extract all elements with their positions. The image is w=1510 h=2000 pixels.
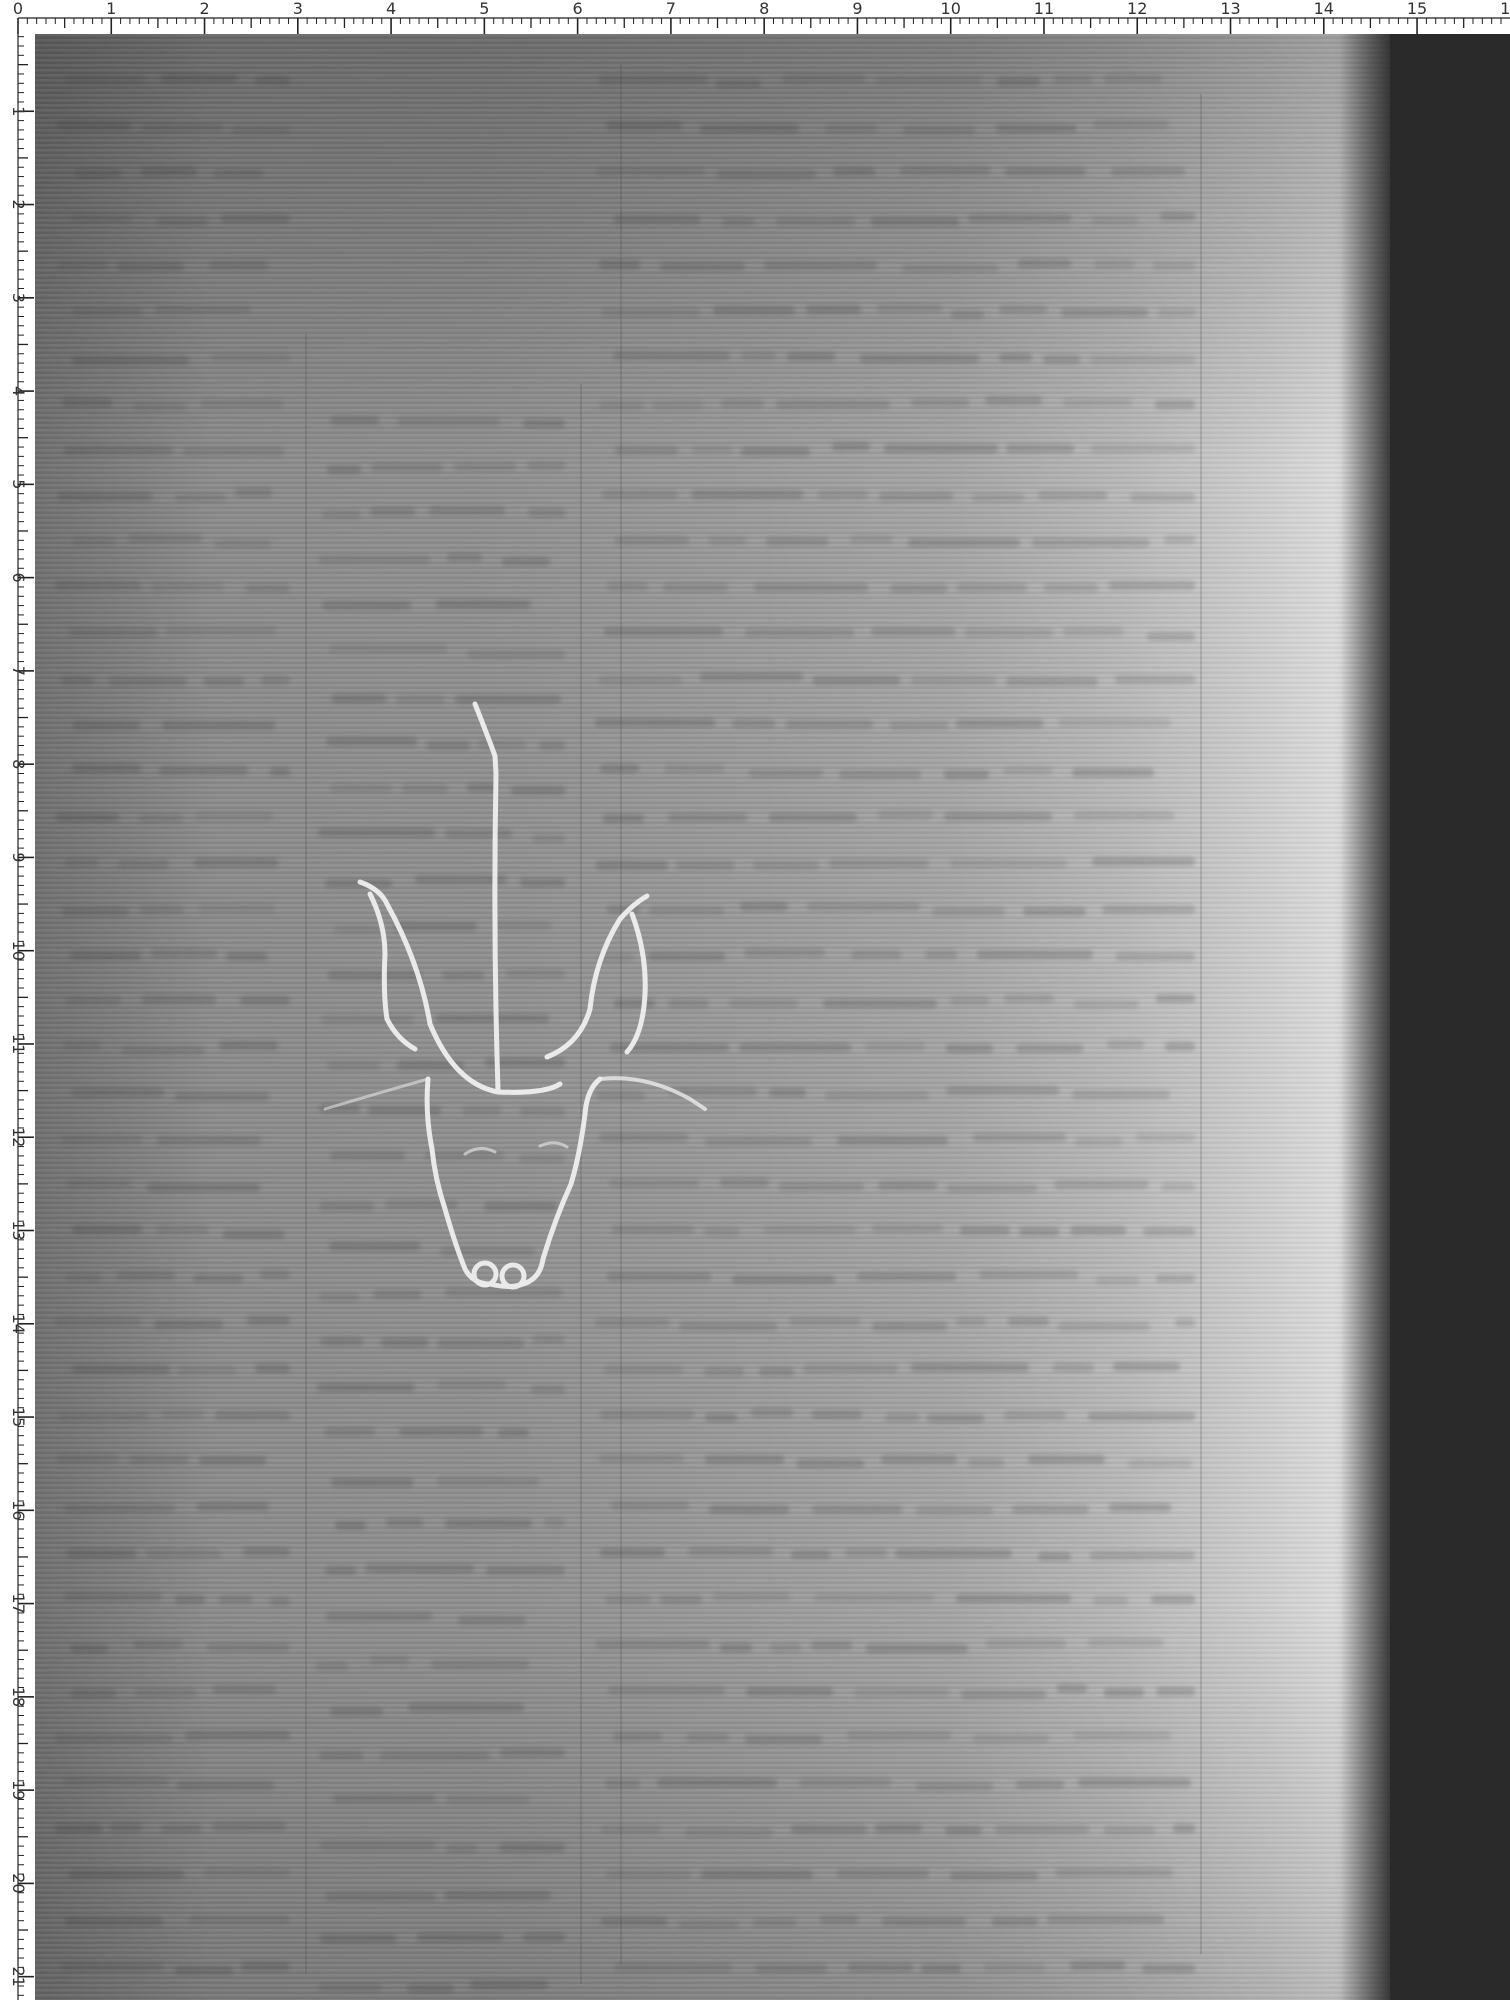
left-ruler-label: 21 xyxy=(9,1966,28,1986)
scanner-shadow-band xyxy=(1390,34,1510,2000)
left-ruler-label: 10 xyxy=(9,941,28,961)
left-ruler-label: 6 xyxy=(9,573,28,583)
top-ruler-label: 16 xyxy=(1500,0,1510,18)
left-ruler-label: 3 xyxy=(9,293,28,303)
left-ruler-label: 11 xyxy=(9,1034,28,1054)
left-ruler-label: 14 xyxy=(9,1314,28,1334)
top-ruler-label: 15 xyxy=(1407,0,1427,18)
left-ruler-label: 20 xyxy=(9,1873,28,1893)
bull-head-watermark xyxy=(35,34,1510,2000)
top-ruler-label: 3 xyxy=(293,0,303,18)
rod-line xyxy=(475,704,498,1090)
top-ruler-label: 13 xyxy=(1220,0,1240,18)
left-ruler-label: 15 xyxy=(9,1407,28,1427)
left-ruler-label: 12 xyxy=(9,1127,28,1147)
left-ruler-label: 19 xyxy=(9,1780,28,1800)
left-ruler-label: 4 xyxy=(9,386,28,396)
left-ruler-label: 2 xyxy=(9,199,28,209)
left-ruler-label: 18 xyxy=(9,1687,28,1707)
top-ruler-label: 14 xyxy=(1314,0,1334,18)
top-ruler-label: 8 xyxy=(759,0,769,18)
top-ruler-label: 7 xyxy=(666,0,676,18)
left-ruler-label: 7 xyxy=(9,666,28,676)
top-ruler-label: 5 xyxy=(479,0,489,18)
top-ruler-label: 0 xyxy=(13,0,23,18)
top-ruler-label: 12 xyxy=(1127,0,1147,18)
top-ruler-label: 2 xyxy=(199,0,209,18)
top-ruler-label: 9 xyxy=(852,0,862,18)
top-ruler-scale: 012345678910111213141516 xyxy=(0,0,1510,34)
top-ruler: 012345678910111213141516 xyxy=(0,0,1510,34)
left-ruler-scale: 123456789101112131415161718192021 xyxy=(0,0,35,2000)
top-ruler-label: 10 xyxy=(941,0,961,18)
left-ruler-label: 1 xyxy=(9,106,28,116)
top-ruler-label: 6 xyxy=(573,0,583,18)
top-ruler-label: 11 xyxy=(1034,0,1054,18)
left-ruler-label: 16 xyxy=(9,1500,28,1520)
left-ruler-label: 5 xyxy=(9,479,28,489)
left-ruler: 123456789101112131415161718192021 xyxy=(0,0,35,2000)
manuscript-scan xyxy=(35,34,1510,2000)
top-ruler-label: 4 xyxy=(386,0,396,18)
top-ruler-label: 1 xyxy=(106,0,116,18)
left-ruler-label: 17 xyxy=(9,1593,28,1613)
left-ruler-label: 13 xyxy=(9,1220,28,1240)
left-ruler-label: 8 xyxy=(9,759,28,769)
left-ruler-label: 9 xyxy=(9,852,28,862)
